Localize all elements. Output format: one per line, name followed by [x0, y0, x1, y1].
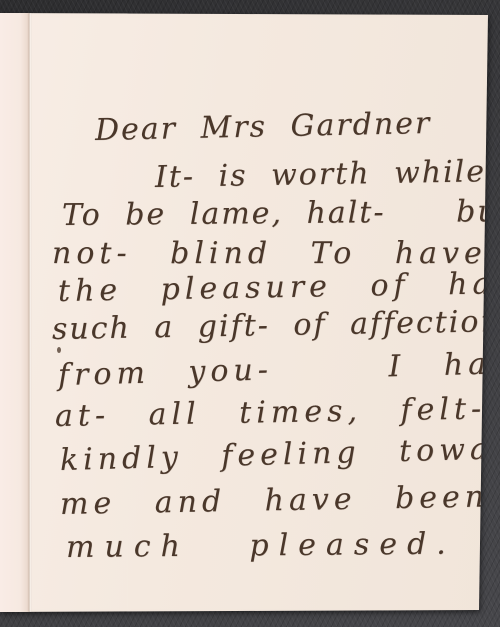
handwriting-line-2: It- is worth while: [155, 157, 487, 193]
handwriting-line-10: me and have been: [60, 483, 490, 520]
letter-card: Dear Mrs Gardner It- is worth while To b…: [0, 0, 500, 627]
handwriting-line-5: the pleasure of having: [58, 268, 500, 307]
handwriting-line-3: To be lame, halt- but-: [62, 197, 500, 231]
letter-text: Dear Mrs Gardner It- is worth while To b…: [0, 0, 500, 627]
handwriting-line-8: at- all times, felt- your: [55, 392, 500, 432]
handwriting-line-7: from you- I have: [58, 348, 500, 390]
handwriting-line-11: much pleased.: [66, 530, 456, 563]
handwriting-line-4: not- blind To have: [52, 239, 487, 269]
handwriting-line-9: kindly feeling towards: [60, 433, 500, 476]
handwriting-line-6: such a gift- of affection: [52, 307, 500, 345]
letter-card-shadow: Dear Mrs Gardner It- is worth while To b…: [0, 0, 500, 627]
photo-background: Dear Mrs Gardner It- is worth while To b…: [0, 0, 500, 627]
handwriting-line-1: Dear Mrs Gardner: [95, 109, 432, 146]
